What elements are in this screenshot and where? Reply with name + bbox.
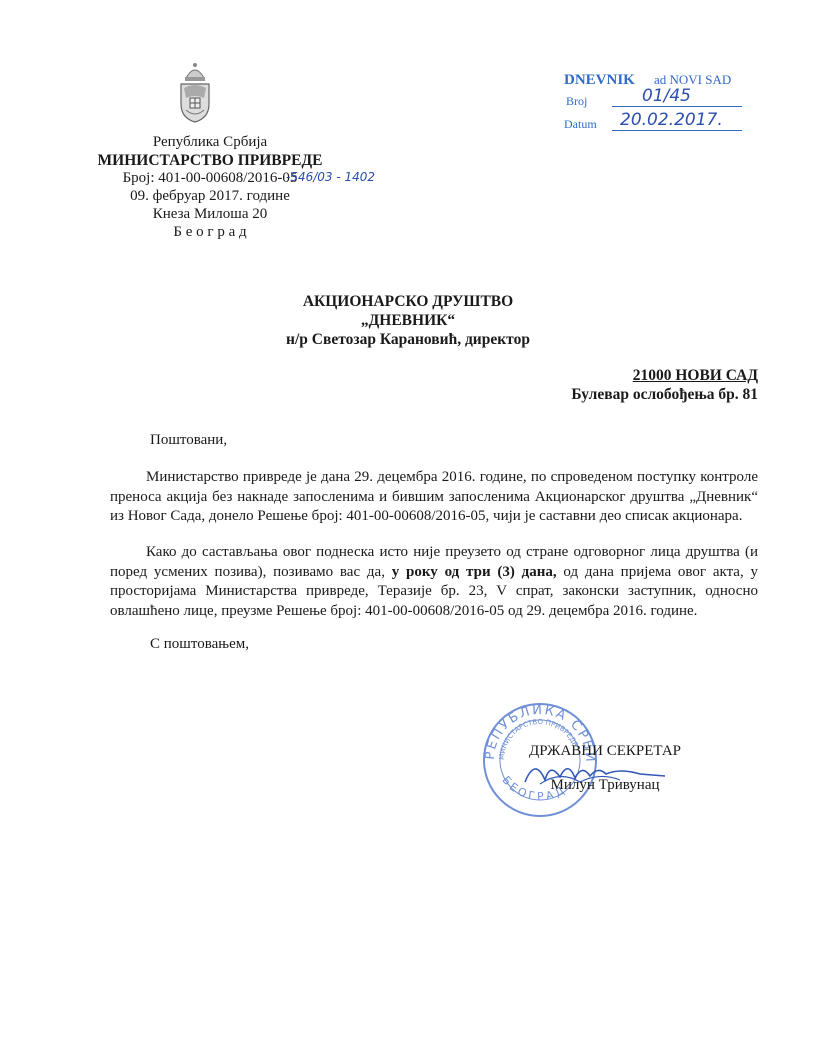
stamp-number-value: 01/45 [642,86,691,106]
signatory-name: Милун Тривунац [520,776,690,795]
ministry-name: МИНИСТАРСТВО ПРИВРЕДЕ [60,151,360,170]
stamp-date-value: 20.02.2017. [620,110,723,130]
handwritten-number: -546/03 - 1402 [286,170,375,184]
paragraph-2-deadline: у року од три (3) дана, [392,564,557,580]
serbian-coat-of-arms-icon [176,60,214,124]
recipient-company-name: „ДНЕВНИК“ [0,311,816,330]
ministry-street: Кнеза Милоша 20 [60,205,360,224]
ministry-city: Б е о г р а д [60,223,360,242]
stamp-date-label: Datum [564,117,597,132]
recipient-postal: 21000 НОВИ САД [633,366,758,385]
stamp-company: DNEVNIK [564,72,635,89]
stamp-date-line [612,130,742,131]
document-date: 09. фебруар 2017. године [60,187,360,206]
stamp-number-line [612,106,742,107]
recipient-company-type: АКЦИОНАРСКО ДРУШТВО [0,292,816,311]
paragraph-1: Министарство привреде је дана 29. децемб… [110,468,758,527]
closing: С поштовањем, [150,636,249,653]
stamp-number-label: Broj [566,94,587,109]
recipient-attention: н/р Светозар Карановић, директор [0,330,816,349]
paragraph-1-text: Министарство привреде је дана 29. децемб… [110,469,758,524]
signatory-title: ДРЖАВНИ СЕКРЕТАР [520,742,690,761]
paragraph-2: Како до састављања овог поднеска исто ни… [110,543,758,621]
salutation: Поштовани, [150,432,227,449]
country-name: Република Србија [60,133,360,152]
receipt-stamp: DNEVNIK ad NOVI SAD Broj 01/45 Datum 20.… [562,70,762,140]
recipient-street: Булевар ослобођења бр. 81 [571,385,758,404]
